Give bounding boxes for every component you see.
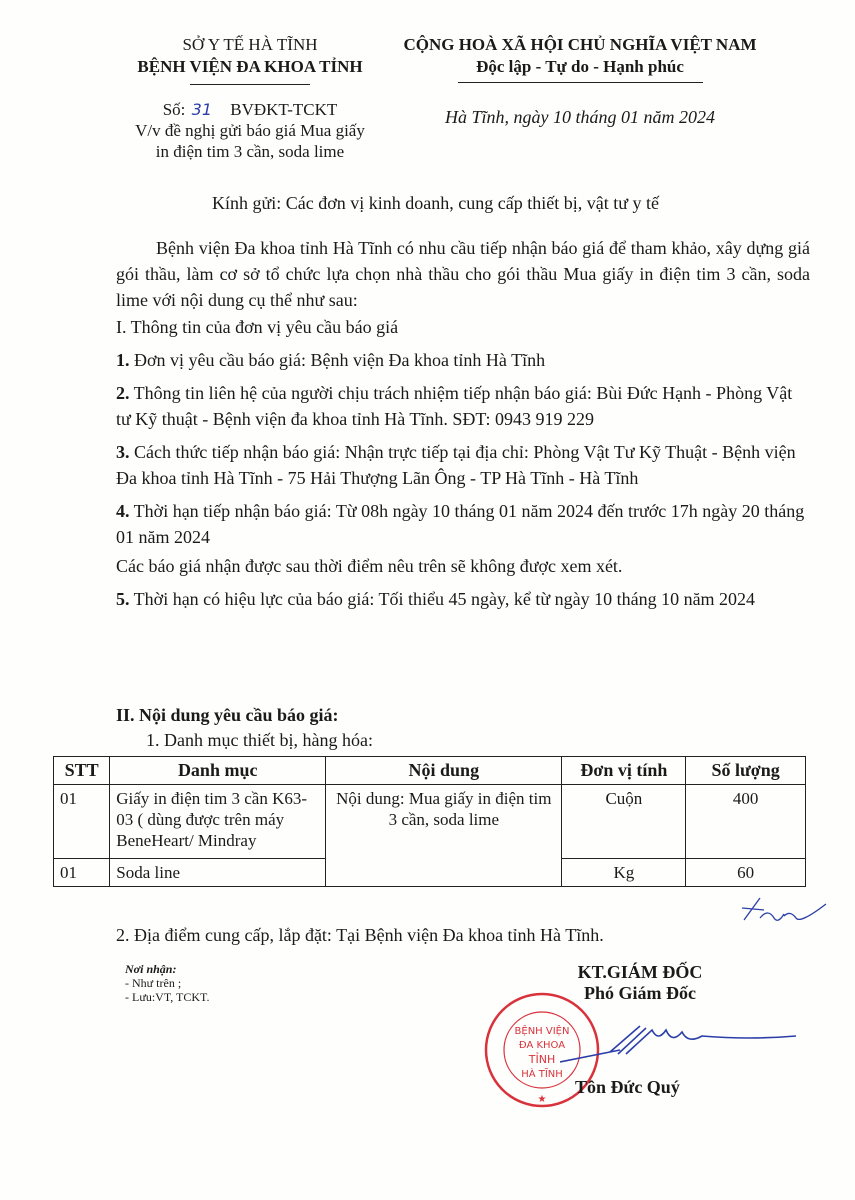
number-prefix: Số: (163, 100, 186, 119)
national-header: CỘNG HOÀ XÃ HỘI CHỦ NGHĨA VIỆT NAM Độc l… (380, 34, 780, 128)
col-don-vi: Đơn vị tính (562, 757, 686, 785)
issuer-header: SỞ Y TẾ HÀ TĨNH BỆNH VIỆN ĐA KHOA TỈNH S… (100, 34, 400, 162)
subject-line-1: V/v đề nghị gửi báo giá Mua giấy (100, 120, 400, 141)
section-2-title: II. Nội dung yêu cầu báo giá: (116, 705, 339, 726)
handwritten-number: 31 (192, 100, 212, 119)
signature-block: KT.GIÁM ĐỐC Phó Giám Đốc (520, 962, 760, 1004)
subject-line-2: in điện tim 3 cần, soda lime (100, 141, 400, 162)
country-name: CỘNG HOÀ XÃ HỘI CHỦ NGHĨA VIỆT NAM (380, 34, 780, 56)
items-table: STT Danh mục Nội dung Đơn vị tính Số lượ… (53, 756, 806, 887)
col-stt: STT (54, 757, 110, 785)
section-1-item: 3. Cách thức tiếp nhận báo giá: Nhận trự… (116, 439, 810, 491)
section-1-note: Các báo giá nhận được sau thời điểm nêu … (116, 553, 810, 579)
signer-title: Phó Giám Đốc (520, 983, 760, 1004)
receivers-block: Nơi nhận: - Như trên ; - Lưu:VT, TCKT. (125, 962, 210, 1004)
table-header-row: STT Danh mục Nội dung Đơn vị tính Số lượ… (54, 757, 806, 785)
section-1-item: 4. Thời hạn tiếp nhận báo giá: Từ 08h ng… (116, 498, 810, 550)
svg-text:TỈNH: TỈNH (528, 1052, 555, 1066)
svg-text:HÀ TĨNH: HÀ TĨNH (521, 1067, 563, 1080)
receiver-item: - Lưu:VT, TCKT. (125, 990, 210, 1004)
svg-text:★: ★ (538, 1094, 547, 1105)
section-2-sub-2: 2. Địa điểm cung cấp, lắp đặt: Tại Bệnh … (116, 925, 604, 946)
place-date: Hà Tĩnh, ngày 10 tháng 01 năm 2024 (380, 107, 780, 128)
receiver-item: - Như trên ; (125, 976, 210, 990)
document-page: SỞ Y TẾ HÀ TĨNH BỆNH VIỆN ĐA KHOA TỈNH S… (0, 0, 855, 1200)
number-code: BVĐKT-TCKT (230, 100, 337, 119)
col-noi-dung: Nội dung (326, 757, 562, 785)
section-1-item: 5. Thời hạn có hiệu lực của báo giá: Tối… (116, 586, 810, 612)
table-row: 01 Giấy in điện tim 3 cần K63-03 ( dùng … (54, 785, 806, 859)
shared-content-cell: Nội dung: Mua giấy in điện tim 3 cần, so… (326, 785, 562, 887)
recipient-line: Kính gửi: Các đơn vị kinh doanh, cung cấ… (212, 193, 659, 214)
receivers-title: Nơi nhận: (125, 962, 210, 976)
section-1-title: I. Thông tin của đơn vị yêu cầu báo giá (116, 314, 810, 340)
section-1: I. Thông tin của đơn vị yêu cầu báo giá … (116, 314, 810, 619)
handwritten-signature-icon (560, 1020, 800, 1080)
signer-role: KT.GIÁM ĐỐC (520, 962, 760, 983)
svg-text:ĐA KHOA: ĐA KHOA (519, 1040, 565, 1051)
section-2-sub-1: 1. Danh mục thiết bị, hàng hóa: (146, 730, 373, 751)
motto-divider (458, 82, 703, 83)
signer-name: Tôn Đức Quý (575, 1077, 680, 1098)
section-1-item: 2. Thông tin liên hệ của người chịu trác… (116, 380, 810, 432)
handwritten-initials-icon (738, 890, 828, 930)
national-motto: Độc lập - Tự do - Hạnh phúc (380, 56, 780, 78)
section-1-item: 1. Đơn vị yêu cầu báo giá: Bệnh viện Đa … (116, 347, 810, 373)
hospital-name: BỆNH VIỆN ĐA KHOA TỈNH (100, 56, 400, 78)
document-number: Số: 31 BVĐKT-TCKT (100, 99, 400, 120)
col-so-luong: Số lượng (686, 757, 806, 785)
ministry-name: SỞ Y TẾ HÀ TĨNH (100, 34, 400, 56)
intro-paragraph: Bệnh viện Đa khoa tỉnh Hà Tĩnh có nhu cầ… (116, 235, 810, 313)
col-danh-muc: Danh mục (110, 757, 326, 785)
header-divider (190, 84, 310, 85)
